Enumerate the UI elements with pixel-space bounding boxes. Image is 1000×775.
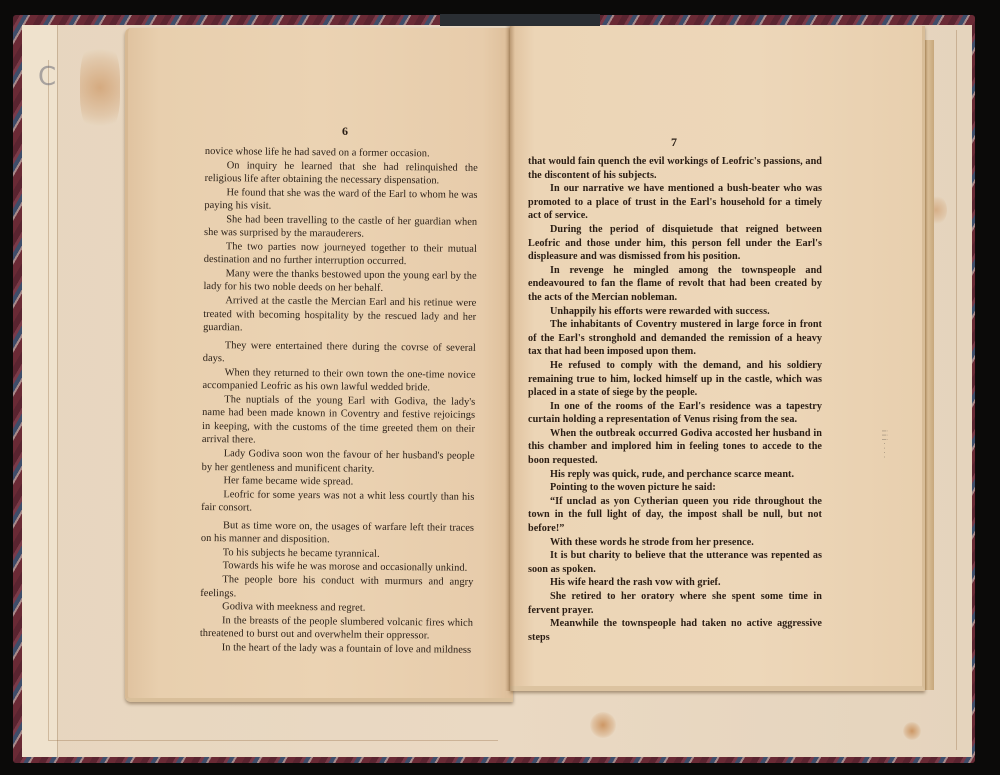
paragraph: that would fain quench the evil workings… <box>528 155 822 182</box>
spine-top <box>440 14 600 26</box>
paragraph: The nuptials of the young Earl with Godi… <box>202 393 476 450</box>
endpaper-fold <box>48 740 498 741</box>
paragraph: But as time wore on, the usages of warfa… <box>201 519 474 549</box>
paragraph: The two parties now journeyed together t… <box>204 240 477 270</box>
paragraph: With these words he strode from her pres… <box>528 536 822 550</box>
paragraph: In the heart of the lady was a fountain … <box>200 641 473 657</box>
endpaper-fold <box>956 30 957 750</box>
paragraph: Arrived at the castle the Mercian Earl a… <box>203 294 476 337</box>
paragraph: His wife heard the rash vow with grief. <box>528 576 822 590</box>
paragraph: When the outbreak occurred Godiva accost… <box>528 427 822 468</box>
paragraph: Leofric for some years was not a whit le… <box>201 488 474 518</box>
foxing-stain <box>903 722 921 740</box>
paragraph: The inhabitants of Coventry mustered in … <box>528 318 822 359</box>
paragraph: She had been travelling to the castle of… <box>204 213 477 243</box>
paragraph: Meanwhile the townspeople had taken no a… <box>528 617 822 644</box>
foxing-stain <box>590 712 616 738</box>
endpaper-fold <box>48 60 49 740</box>
margin-note: i i i · · · · <box>880 430 888 458</box>
right-page-text: that would fain quench the evil workings… <box>528 155 822 644</box>
paragraph: The people bore his conduct with murmurs… <box>200 573 473 603</box>
paragraph: It is but charity to believe that the ut… <box>528 549 822 576</box>
paragraph: He refused to comply with the demand, an… <box>528 359 822 400</box>
paragraph: When they returned to their own town the… <box>202 366 475 396</box>
paragraph: His reply was quick, rude, and perchance… <box>528 468 822 482</box>
paragraph: In our narrative we have mentioned a bus… <box>528 182 822 223</box>
paragraph: During the period of disquietude that re… <box>528 223 822 264</box>
page-number-right: 7 <box>671 135 677 150</box>
paragraph: Many were the thanks bestowed upon the y… <box>203 267 476 297</box>
page-number-left: 6 <box>342 124 348 139</box>
gutter <box>505 26 515 691</box>
paragraph: She retired to her oratory where she spe… <box>528 590 822 617</box>
pencil-mark: C <box>38 62 56 92</box>
paragraph: “If unclad as yon Cytherian queen you ri… <box>528 495 822 536</box>
paragraph: In one of the rooms of the Earl's reside… <box>528 400 822 427</box>
paragraph: On inquiry he learned that she had relin… <box>205 159 478 189</box>
foxing-stain <box>80 40 120 135</box>
paragraph: He found that she was the ward of the Ea… <box>204 186 477 216</box>
endpaper-hinge-strip <box>22 25 58 757</box>
paragraph: Lady Godiva soon won the favour of her h… <box>202 447 475 477</box>
paragraph: In the breasts of the people slumbered v… <box>200 614 473 644</box>
paragraph: Pointing to the woven picture he said: <box>528 481 822 495</box>
paragraph: They were entertained there during the c… <box>203 339 476 369</box>
paragraph: Unhappily his efforts were rewarded with… <box>528 305 822 319</box>
paragraph: In revenge he mingled among the townspeo… <box>528 264 822 305</box>
left-page-text: novice whose life he had saved on a form… <box>200 145 478 657</box>
